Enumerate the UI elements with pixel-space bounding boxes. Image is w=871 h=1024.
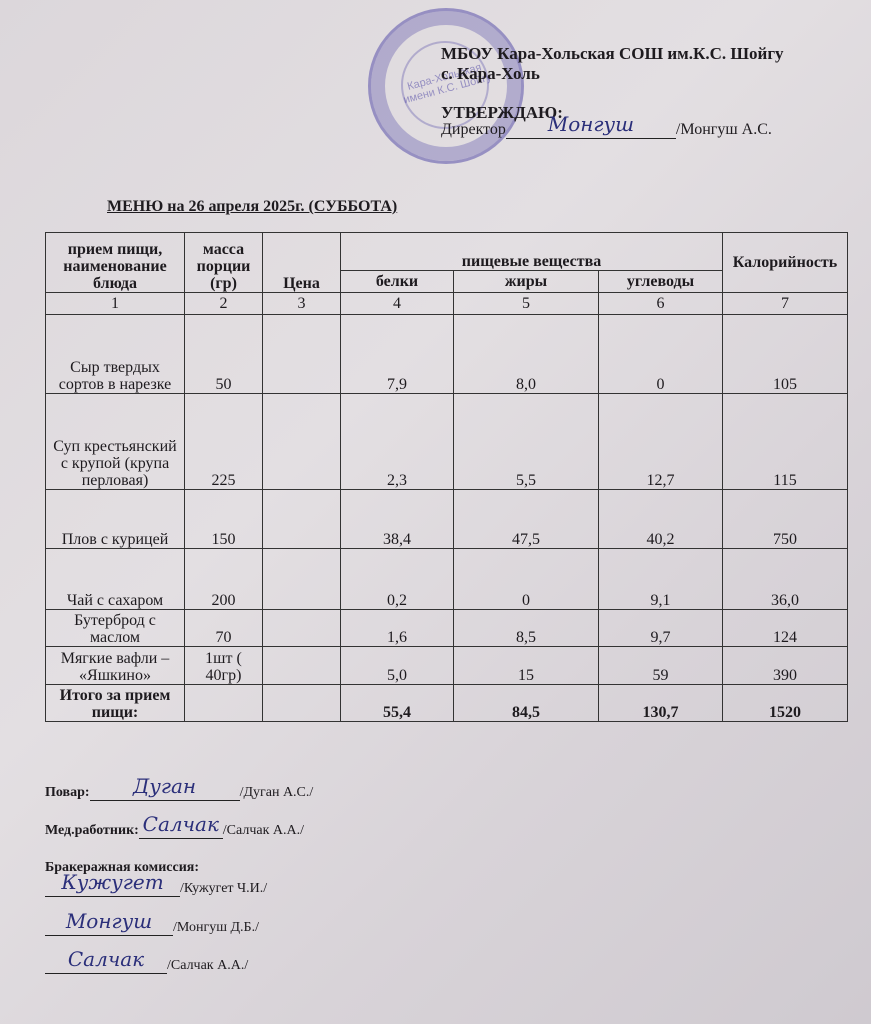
director-signature-line: Монгуш [506, 120, 676, 139]
dish-protein: 7,9 [341, 315, 454, 394]
cook-signature-block: Повар: Дуган /Дуган А.С./ [45, 782, 313, 801]
commission-member-name: /Монгуш Д.Б./ [173, 920, 259, 936]
table-row: Мягкие вафли – «Яшкино» 1шт ( 40гр) 5,0 … [46, 647, 848, 685]
table-row: Сыр твердых сортов в нарезке 50 7,9 8,0 … [46, 315, 848, 394]
col-number: 2 [185, 293, 263, 315]
dish-fat: 0 [454, 549, 599, 610]
dish-price [263, 549, 341, 610]
commission-signature: Салчак [45, 947, 167, 971]
medic-label: Мед.работник: [45, 823, 139, 839]
dish-fat: 8,0 [454, 315, 599, 394]
commission-member-name: /Кужугет Ч.И./ [180, 881, 267, 897]
cook-signature: Дуган [90, 774, 240, 798]
header-row: прием пищи, наименование блюда масса пор… [46, 233, 848, 271]
total-price [263, 685, 341, 722]
dish-name: Чай с сахаром [46, 549, 185, 610]
dish-protein: 38,4 [341, 490, 454, 549]
dish-price [263, 647, 341, 685]
dish-protein: 0,2 [341, 549, 454, 610]
page-title: МЕНЮ на 26 апреля 2025г. (СУББОТА) [107, 198, 397, 216]
col-number: 3 [263, 293, 341, 315]
header-calories: Калорийность [723, 233, 848, 293]
commission-signature: Монгуш [45, 909, 173, 933]
total-mass [185, 685, 263, 722]
dish-name: Сыр твердых сортов в нарезке [46, 315, 185, 394]
dish-carbs: 59 [599, 647, 723, 685]
table-row: Плов с курицей 150 38,4 47,5 40,2 750 [46, 490, 848, 549]
org-name: МБОУ Кара-Хольская СОШ им.К.С. Шойгу [441, 44, 784, 64]
commission-member-name: /Салчак А.А./ [167, 958, 248, 974]
col-number: 5 [454, 293, 599, 315]
dish-carbs: 12,7 [599, 394, 723, 490]
total-row: Итого за прием пищи: 55,4 84,5 130,7 152… [46, 685, 848, 722]
dish-calories: 124 [723, 610, 848, 647]
header-price: Цена [263, 233, 341, 293]
table-row: Суп крестьянский с крупой (крупа перлова… [46, 394, 848, 490]
col-number: 1 [46, 293, 185, 315]
dish-mass: 70 [185, 610, 263, 647]
header-fat: жиры [454, 271, 599, 293]
dish-mass: 200 [185, 549, 263, 610]
director-name: /Монгуш А.С. [676, 121, 772, 139]
dish-name: Мягкие вафли – «Яшкино» [46, 647, 185, 685]
dish-name: Плов с курицей [46, 490, 185, 549]
director-signature: Монгуш [506, 112, 676, 136]
medic-signature-line: Салчак [139, 820, 223, 839]
total-fat: 84,5 [454, 685, 599, 722]
org-location: с. Кара-Холь [441, 64, 784, 84]
dish-fat: 47,5 [454, 490, 599, 549]
column-numbers-row: 1 2 3 4 5 6 7 [46, 293, 848, 315]
dish-fat: 8,5 [454, 610, 599, 647]
total-carbs: 130,7 [599, 685, 723, 722]
header-nutrients: пищевые вещества [341, 233, 723, 271]
director-approval: Директор Монгуш /Монгуш А.С. [441, 120, 772, 139]
dish-protein: 5,0 [341, 647, 454, 685]
commission-signature-line: Салчак [45, 955, 167, 974]
cook-label: Повар: [45, 785, 90, 801]
total-label: Итого за прием пищи: [46, 685, 185, 722]
dish-name: Бутерброд с маслом [46, 610, 185, 647]
table-row: Чай с сахаром 200 0,2 0 9,1 36,0 [46, 549, 848, 610]
director-label: Директор [441, 121, 506, 139]
dish-name: Суп крестьянский с крупой (крупа перлова… [46, 394, 185, 490]
dish-mass: 50 [185, 315, 263, 394]
total-calories: 1520 [723, 685, 848, 722]
medic-name: /Салчак А.А./ [223, 823, 304, 839]
dish-mass: 1шт ( 40гр) [185, 647, 263, 685]
dish-price [263, 315, 341, 394]
col-number: 4 [341, 293, 454, 315]
commission-member: Салчак /Салчак А.А./ [45, 955, 248, 974]
dish-carbs: 9,7 [599, 610, 723, 647]
commission-member: Монгуш /Монгуш Д.Б./ [45, 917, 259, 936]
dish-carbs: 40,2 [599, 490, 723, 549]
dish-price [263, 490, 341, 549]
dish-fat: 5,5 [454, 394, 599, 490]
dish-carbs: 9,1 [599, 549, 723, 610]
header-meal: прием пищи, наименование блюда [46, 233, 185, 293]
header-protein: белки [341, 271, 454, 293]
dish-protein: 2,3 [341, 394, 454, 490]
dish-mass: 150 [185, 490, 263, 549]
header-mass: масса порции (гр) [185, 233, 263, 293]
dish-price [263, 610, 341, 647]
commission-signature-line: Кужугет [45, 878, 180, 897]
dish-calories: 115 [723, 394, 848, 490]
col-number: 6 [599, 293, 723, 315]
total-protein: 55,4 [341, 685, 454, 722]
official-stamp: Кара-Хольская имени К.С. Шойгу [368, 8, 524, 164]
medic-signature: Салчак [139, 812, 223, 836]
commission-member: Кужугет /Кужугет Ч.И./ [45, 878, 267, 897]
dish-calories: 390 [723, 647, 848, 685]
dish-price [263, 394, 341, 490]
organization-header: МБОУ Кара-Хольская СОШ им.К.С. Шойгу с. … [441, 44, 784, 84]
col-number: 7 [723, 293, 848, 315]
dish-mass: 225 [185, 394, 263, 490]
header-carbs: углеводы [599, 271, 723, 293]
dish-calories: 105 [723, 315, 848, 394]
dish-protein: 1,6 [341, 610, 454, 647]
commission-signature-line: Монгуш [45, 917, 173, 936]
medic-signature-block: Мед.работник: Салчак /Салчак А.А./ [45, 820, 304, 839]
commission-signature: Кужугет [45, 870, 180, 894]
cook-signature-line: Дуган [90, 782, 240, 801]
dish-calories: 36,0 [723, 549, 848, 610]
dish-carbs: 0 [599, 315, 723, 394]
menu-table: прием пищи, наименование блюда масса пор… [45, 232, 848, 722]
dish-calories: 750 [723, 490, 848, 549]
cook-name: /Дуган А.С./ [240, 785, 314, 801]
table-row: Бутерброд с маслом 70 1,6 8,5 9,7 124 [46, 610, 848, 647]
dish-fat: 15 [454, 647, 599, 685]
